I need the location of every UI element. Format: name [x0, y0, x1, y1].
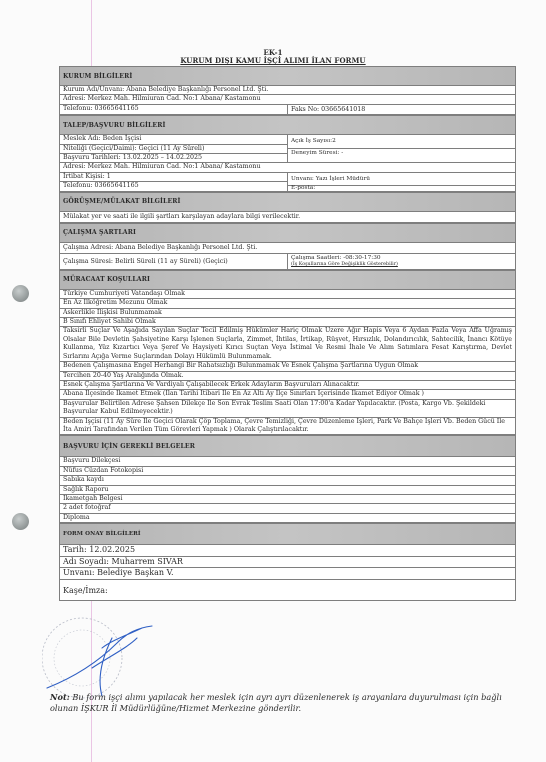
- note-label: Not:: [50, 692, 70, 702]
- talep-nitelik: Niteliği (Geçici/Daimi): Geçici (11 Ay S…: [60, 144, 287, 153]
- belge-item: Sağlık Raporu: [59, 486, 516, 495]
- section-heading-kurum: KURUM BİLGİLERİ: [59, 66, 516, 86]
- calisma-row: Çalışma Süresi: Belirli Süreli (11 ay Sü…: [59, 254, 516, 270]
- kurum-phone: Telefonu: 03665641165: [60, 105, 287, 113]
- section-heading-talep: TALEP/BAŞVURU BİLGİLERİ: [59, 115, 516, 135]
- kurum-address: Adresi: Merkez Mah. Hilmiuran Cad. No:1 …: [59, 95, 516, 104]
- kurum-fax: Faks No: 03665641018: [288, 105, 515, 114]
- section-heading-belgeler: BAŞVURU İÇİN GEREKLİ BELGELER: [59, 435, 516, 457]
- muracaat-item: Esnek Çalışma Şartlarına Ve Vardiyalı Ça…: [59, 381, 516, 390]
- talep-tarihler: Başvuru Tarihleri: 13.02.2025 – 14.02.20…: [60, 153, 287, 162]
- belge-item: Başvuru Dilekçesi: [59, 457, 516, 466]
- form-title: KURUM DIŞI KAMU İŞÇİ ALIMI İLAN FORMU: [0, 57, 546, 65]
- talep-irtibat: İrtibat Kişisi: 1: [60, 173, 287, 181]
- kurum-contact-row: Telefonu: 03665641165 Faks No: 036656410…: [59, 105, 516, 115]
- onay-rows: Tarih: 12.02.2025 Adı Soyadı: Muharrem S…: [59, 545, 516, 601]
- footer-note: Not: Bu form işçi alımı yapılacak her me…: [50, 692, 520, 714]
- muracaat-item: Bedenen Çalışmasına Engel Herhangi Bir R…: [59, 362, 516, 371]
- belge-item: Sabıka kaydı: [59, 476, 516, 485]
- gorusme-text: Mülakat yer ve saati ile ilgili şartları…: [59, 212, 516, 223]
- section-heading-muracaat: MÜRACAAT KOŞULLARI: [59, 270, 516, 290]
- section-heading-onay: FORM ONAY BİLGİLERİ: [59, 523, 516, 545]
- calisma-saatler-note: (İş Koşullarına Göre Değişiklik Göstereb…: [291, 262, 512, 268]
- note-text: Bu form işçi alımı yapılacak her meslek …: [50, 692, 502, 713]
- muracaat-item: Başvurular Belirtilen Adrese Şahsen Dile…: [59, 400, 516, 418]
- belge-item: Nüfus Cüzdan Fotokopisi: [59, 467, 516, 476]
- punch-hole-icon: [12, 513, 29, 530]
- talep-row-1: Meslek Adı: Beden İşçisi Niteliği (Geçic…: [59, 135, 516, 163]
- calisma-sure: Çalışma Süresi: Belirli Süreli (11 ay Sü…: [60, 254, 287, 269]
- muracaat-item: Tercihen 20-40 Yaş Aralığında Olmak.: [59, 372, 516, 381]
- talep-telefon: Telefonu: 03665641165: [60, 181, 287, 190]
- muracaat-item: Askerlikle İlişkisi Bulunmamak: [59, 309, 516, 318]
- belge-item: Diploma: [59, 514, 516, 523]
- belge-item: 2 adet fotoğraf: [59, 504, 516, 513]
- scanned-page: EK-1 KURUM DIŞI KAMU İŞÇİ ALIMI İLAN FOR…: [0, 0, 546, 762]
- talep-unvan: Unvanı: Yazı İşleri Müdürü: [288, 173, 515, 185]
- muracaat-item: Abana İlçesinde İkamet Etmek (İlan Tarih…: [59, 390, 516, 399]
- calisma-adres: Çalışma Adresi: Abana Belediye Başkanlığ…: [59, 243, 516, 254]
- onay-tarih: Tarih: 12.02.2025: [59, 545, 516, 557]
- talep-eposta: E-posta:: [288, 185, 515, 191]
- talep-row-2: İrtibat Kişisi: 1 Telefonu: 03665641165 …: [59, 173, 516, 192]
- onay-unvan: Unvanı: Belediye Başkan V.: [59, 568, 516, 580]
- talep-adres: Adresi: Merkez Mah. Hilmiuran Cad. No:1 …: [59, 163, 516, 172]
- muracaat-item: Taksirli Suçlar Ve Aşağıda Sayılan Suçla…: [59, 327, 516, 362]
- calisma-saatler: Çalışma Saatleri: -08:30-17:30 (İş Koşul…: [288, 254, 515, 268]
- muracaat-item: En Az İlköğretim Mezunu Olmak: [59, 299, 516, 308]
- calisma-saatler-value: Çalışma Saatleri: -08:30-17:30: [291, 254, 512, 262]
- belge-item: İkametgah Belgesi: [59, 495, 516, 504]
- talep-acik-is: Açık İş Sayısı:2: [288, 135, 515, 148]
- section-heading-gorusme: GÖRÜŞME/MÜLAKAT BİLGİLERİ: [59, 192, 516, 212]
- section-heading-calisma: ÇALIŞMA ŞARTLARI: [59, 223, 516, 243]
- kurum-name: Kurum Adı/Unvanı: Abana Belediye Başkanl…: [59, 86, 516, 95]
- onay-adsoyad: Adı Soyadı: Muharrem SIVAR: [59, 557, 516, 569]
- onay-kase-imza: Kaşe/İmza:: [59, 580, 516, 601]
- talep-meslek: Meslek Adı: Beden İşçisi: [60, 135, 287, 143]
- form-table: KURUM BİLGİLERİ Kurum Adı/Unvanı: Abana …: [59, 66, 516, 601]
- muracaat-item: Beden İşçisi (11 Ay Süre İle Geçici Olar…: [59, 418, 516, 436]
- punch-hole-icon: [12, 285, 29, 302]
- talep-deneyim: Deneyim Süresi: -: [288, 148, 515, 157]
- muracaat-item: B Sınıfı Ehliyet Sahibi Olmak: [59, 318, 516, 327]
- muracaat-item: Türkiye Cumhuriyeti Vatandaşı Olmak: [59, 290, 516, 299]
- document-title: EK-1 KURUM DIŞI KAMU İŞÇİ ALIMI İLAN FOR…: [0, 49, 546, 65]
